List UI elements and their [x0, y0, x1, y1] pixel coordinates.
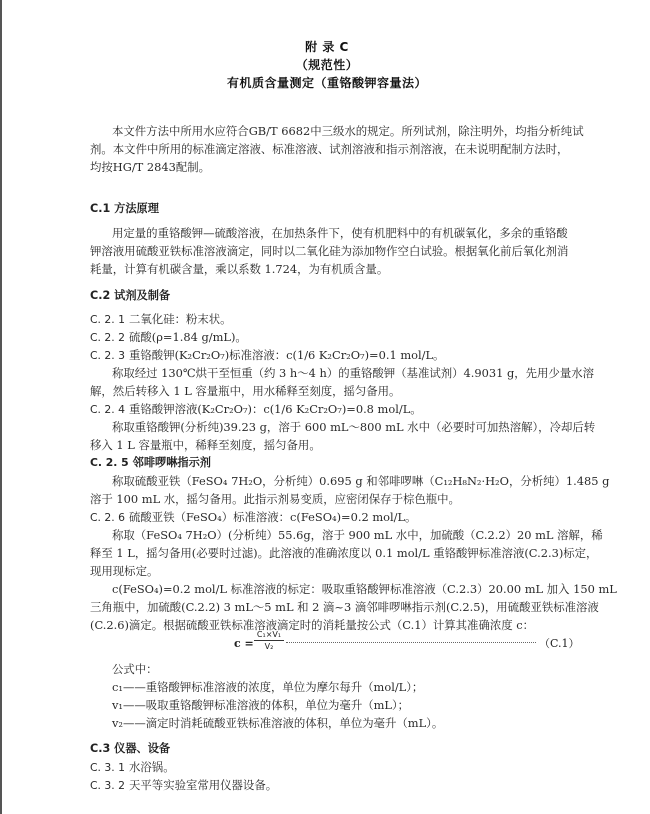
calibration-line: c(FeSO₄)=0.2 mol/L 标准溶液的标定：吸取重铬酸钾标准溶液（C.… — [112, 582, 617, 596]
clause-text: 硫酸亚铁（FeSO₄）标准溶液：c(FeSO₄)=0.2 mol/L。 — [129, 510, 416, 524]
clause-text: 硫酸(ρ=1.84 g/mL)。 — [129, 330, 247, 344]
clause-number: C. 3. 1 — [90, 761, 125, 774]
clause-c22: C. 2. 2硫酸(ρ=1.84 g/mL)。 — [90, 330, 247, 345]
legend-intro: 公式中： — [112, 662, 158, 676]
clause-text: 重铬酸钾溶液(K₂Cr₂O₇)：c(1/6 K₂Cr₂O₇)=0.8 mol/L… — [129, 402, 422, 416]
clause-number: C. 2. 4 — [90, 403, 125, 416]
section-heading-c2: C.2 试剂及制备 — [90, 289, 170, 303]
clause-c25: C. 2. 5邻啡啰啉指示剂 — [90, 456, 211, 470]
normative-label: （规范性） — [2, 56, 650, 73]
clause-text: 天平等实验室常用仪器设备。 — [129, 778, 277, 792]
clause-c24: C. 2. 4重铬酸钾溶液(K₂Cr₂O₇)：c(1/6 K₂Cr₂O₇)=0.… — [90, 402, 422, 417]
c26-line: 称取（FeSO₄ 7H₂O）(分析纯）55.6g，溶于 900 mL 水中，加硫… — [112, 528, 603, 542]
formula-lhs: c = — [234, 637, 254, 650]
formula-leader-dots — [286, 642, 536, 643]
clause-text: 水浴锅。 — [129, 760, 175, 774]
clause-text: 重铬酸钾(K₂Cr₂O₇)标准溶液：c(1/6 K₂Cr₂O₇)=0.1 mol… — [129, 348, 444, 362]
legend-item: c₁——重铬酸钾标准溶液的浓度，单位为摩尔每升（mol/L）； — [112, 680, 423, 694]
c1-line: 钾溶液用硫酸亚铁标准溶液滴定，同时以二氧化硅为添加物作空白试验。根据氧化前后氧化… — [90, 244, 568, 258]
appendix-title: 有机质含量测定（重铬酸钾容量法） — [2, 74, 650, 91]
c23-line: 解，然后转移入 1 L 容量瓶中，用水稀释至刻度，摇匀备用。 — [90, 384, 400, 398]
c25-line: 溶于 100 mL 水，摇匀备用。此指示剂易变质，应密闭保存于棕色瓶中。 — [90, 492, 460, 506]
clause-number: C. 3. 2 — [90, 779, 125, 792]
section-heading-c1: C.1 方法原理 — [90, 202, 159, 216]
appendix-label: 附 录 C — [2, 38, 650, 55]
clause-number: C. 2. 5 — [90, 456, 129, 469]
clause-c32: C. 3. 2天平等实验室常用仪器设备。 — [90, 778, 277, 793]
c23-line: 称取经过 130℃烘干至恒重（约 3 h～4 h）的重铬酸钾（基准试剂）4.90… — [112, 366, 594, 380]
formula-c1: c = C₁×V₁ V₂ （C.1） — [234, 630, 574, 658]
formula-denominator: V₂ — [254, 641, 284, 651]
c1-line: 用定量的重铬酸钾—硫酸溶液，在加热条件下，使有机肥料中的有机碳氧化，多余的重铬酸 — [112, 226, 568, 240]
clause-number: C. 2. 3 — [90, 349, 125, 362]
c25-line: 称取硫酸亚铁（FeSO₄ 7H₂O，分析纯）0.695 g 和邻啡啰啉（C₁₂H… — [112, 474, 609, 488]
c26-line: 现用现标定。 — [90, 564, 158, 578]
c24-line: 称取重铬酸钾(分析纯)39.23 g，溶于 600 mL～800 mL 水中（必… — [112, 420, 595, 434]
clause-c23: C. 2. 3重铬酸钾(K₂Cr₂O₇)标准溶液：c(1/6 K₂Cr₂O₇)=… — [90, 348, 444, 363]
clause-c21: C. 2. 1二氧化硅：粉末状。 — [90, 312, 232, 327]
clause-number: C. 2. 6 — [90, 511, 125, 524]
clause-c31: C. 3. 1水浴锅。 — [90, 760, 175, 775]
intro-line: 均按HG/T 2843配制。 — [90, 160, 210, 174]
formula-fraction: C₁×V₁ V₂ — [254, 630, 284, 651]
formula-label: （C.1） — [539, 635, 580, 651]
legend-item: v₁——吸取重铬酸钾标准溶液的体积，单位为毫升（mL）； — [112, 698, 409, 712]
section-heading-c3: C.3 仪器、设备 — [90, 742, 170, 756]
c26-line: 释至 1 L，摇匀备用(必要时过滤)。此溶液的准确浓度以 0.1 mol/L 重… — [90, 546, 597, 560]
formula-numerator: C₁×V₁ — [254, 630, 284, 641]
calibration-line: 三角瓶中，加硫酸(C.2.2) 3 mL～5 mL 和 2 滴~3 滴邻啡啰啉指… — [90, 600, 599, 614]
c1-line: 耗量，计算有机碳含量，乘以系数 1.724，为有机质含量。 — [90, 262, 388, 276]
c24-line: 移入 1 L 容量瓶中，稀释至刻度，摇匀备用。 — [90, 438, 321, 452]
clause-text: 邻啡啰啉指示剂 — [133, 456, 211, 469]
clause-c26: C. 2. 6硫酸亚铁（FeSO₄）标准溶液：c(FeSO₄)=0.2 mol/… — [90, 510, 416, 525]
clause-text: 二氧化硅：粉末状。 — [129, 312, 232, 326]
intro-line: 本文件方法中所用水应符合GB/T 6682中三级水的规定。所列试剂，除注明外，均… — [112, 124, 584, 138]
clause-number: C. 2. 1 — [90, 313, 125, 326]
clause-number: C. 2. 2 — [90, 331, 125, 344]
intro-line: 剂。本文件中所用的标准滴定溶液、标准溶液、试剂溶液和指示剂溶液，在未说明配制方法… — [90, 142, 568, 156]
document-page: 附 录 C （规范性） 有机质含量测定（重铬酸钾容量法） 本文件方法中所用水应符… — [2, 0, 650, 814]
legend-item: v₂——滴定时消耗硫酸亚铁标准溶液的体积，单位为毫升（mL）。 — [112, 716, 443, 730]
